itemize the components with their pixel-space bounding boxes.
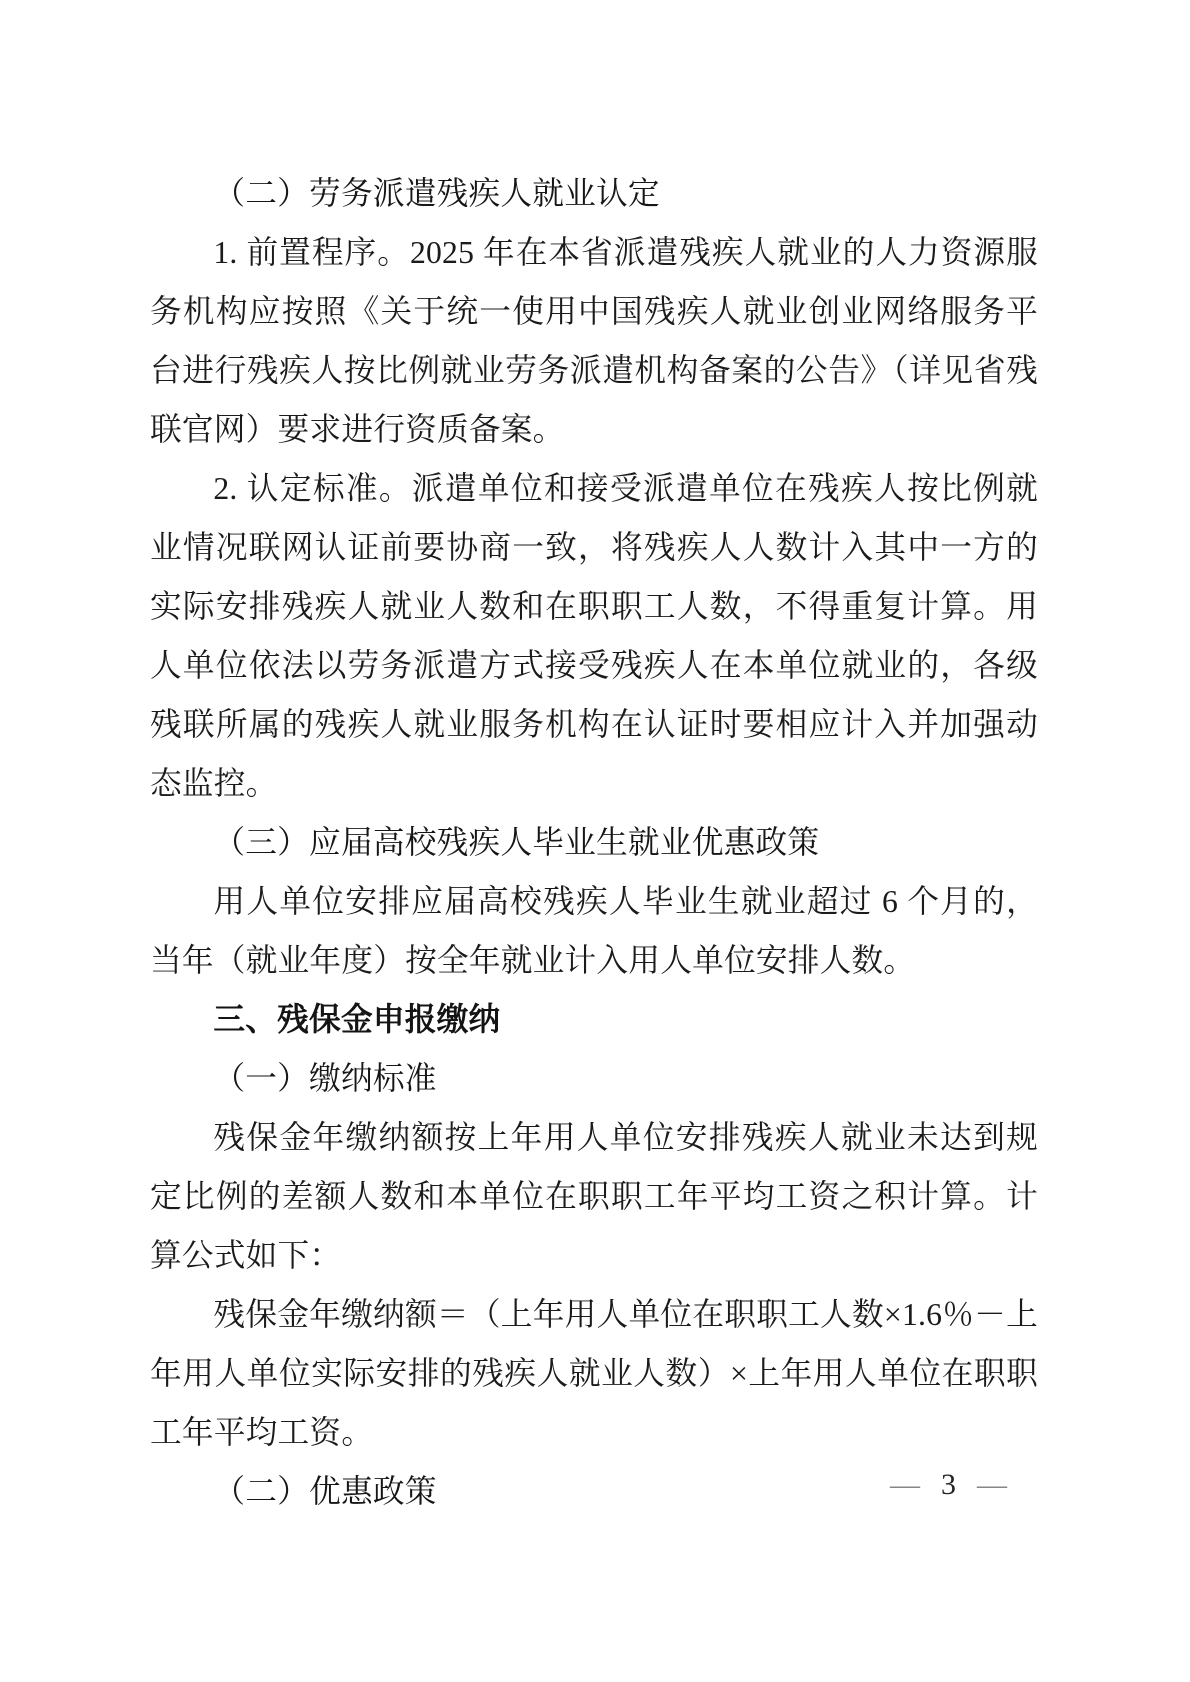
para-recognition-standard: 2. 认定标准。派遣单位和接受派遣单位在残疾人按比例就业情况联网认证前要协商一致… — [150, 459, 1038, 813]
para-payment-standard-description: 残保金年缴纳额按上年用人单位安排残疾人就业未达到规定比例的差额人数和本单位在职职… — [150, 1108, 1038, 1285]
subsection-heading-graduate-preferential-policy: （三）应届高校残疾人毕业生就业优惠政策 — [150, 813, 1038, 872]
para-graduate-employment-counting: 用人单位安排应届高校残疾人毕业生就业超过 6 个月的，当年（就业年度）按全年就业… — [150, 872, 1038, 990]
para-payment-formula: 残保金年缴纳额＝（上年用人单位在职职工人数×1.6％－上年用人单位实际安排的残疾… — [150, 1285, 1038, 1462]
page-number-value: 3 — [941, 1468, 956, 1502]
document-body: （二）劳务派遣残疾人就业认定 1. 前置程序。2025 年在本省派遣残疾人就业的… — [150, 164, 1038, 1521]
subsection-heading-payment-standard: （一）缴纳标准 — [150, 1049, 1038, 1108]
section-heading-fund-declaration-payment: 三、残保金申报缴纳 — [150, 990, 1038, 1049]
subsection-heading-labor-dispatch-recognition: （二）劳务派遣残疾人就业认定 — [150, 164, 1038, 223]
document-page: （二）劳务派遣残疾人就业认定 1. 前置程序。2025 年在本省派遣残疾人就业的… — [0, 0, 1190, 1682]
page-number-dash-right: — — [977, 1468, 1007, 1502]
para-prerequisite-procedure: 1. 前置程序。2025 年在本省派遣残疾人就业的人力资源服务机构应按照《关于统… — [150, 223, 1038, 459]
page-number: — 3 — — [890, 1468, 1007, 1502]
page-number-dash-left: — — [890, 1468, 920, 1502]
